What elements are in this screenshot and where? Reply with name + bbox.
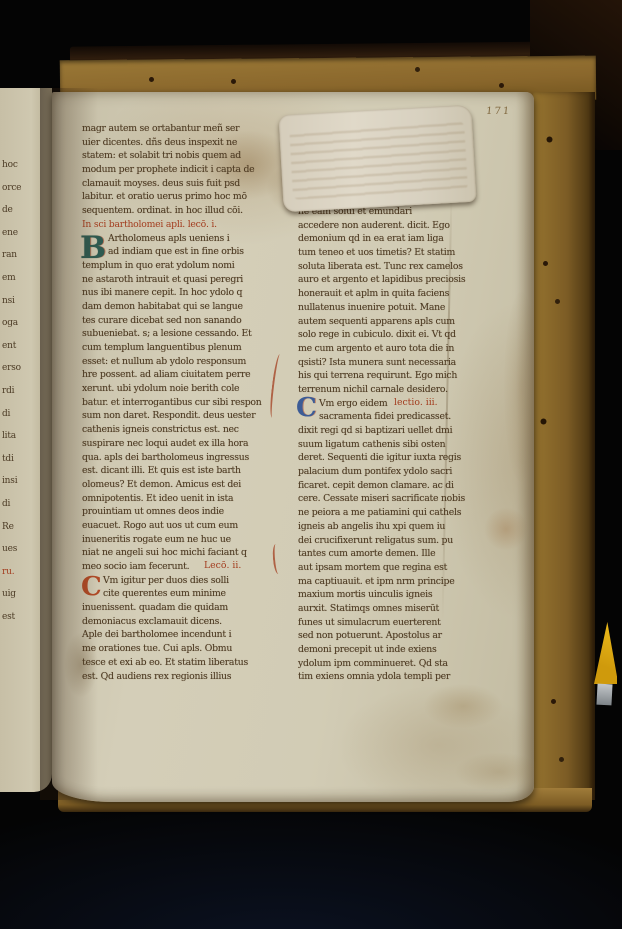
text-line: inueneritis rogate eum ne huc ue: [82, 533, 300, 547]
text-line: palacium dum pontifex ydolo sacri: [298, 465, 516, 479]
text-line: hre possent. ad aliam ciuitatem perre: [82, 368, 300, 382]
text-fragment: oga: [2, 312, 48, 335]
text-line: terrenum nichil carnale desidero.: [298, 383, 516, 397]
rubric-lectio-3: lectio. iii.: [394, 397, 438, 408]
text-line: sed non potuerunt. Apostolus ar: [298, 629, 516, 643]
text-fragment: de: [2, 199, 48, 222]
text-fragment: Re: [2, 516, 48, 539]
board-right-edge: [533, 92, 595, 800]
text-fragment: lita: [2, 425, 48, 448]
text-line: cite querentes eum minime: [82, 587, 300, 601]
initial-c-right: C: [296, 393, 317, 423]
text-line: cum templum languentibus plenum: [82, 341, 300, 355]
initial-c-left: C: [81, 572, 102, 602]
text-fragment: uig: [2, 583, 48, 606]
text-line: solo rege in cubiculo. dixit ei. Vt qd: [298, 328, 516, 342]
text-line: inuenissent. quadam die quidam: [82, 601, 300, 615]
right-column-lines: ne eam solui et emundariaccedere non aud…: [298, 205, 516, 684]
wormhole-marks: [0, 0, 3, 3]
text-fragment: ru.: [2, 561, 48, 584]
text-line: sacramenta fidei predicasset.: [298, 410, 516, 424]
text-line: autem sequenti apparens apls cum: [298, 315, 516, 329]
text-line: niat ne angeli sui hoc michi faciant q: [82, 546, 300, 560]
text-fragment: erso: [2, 357, 48, 380]
text-line: nus ibi manere cepit. In hoc ydolo q: [82, 286, 300, 300]
text-line: modum per prophete indicit i capta de: [82, 163, 300, 177]
text-line: tim exiens omnia ydola templi per: [298, 670, 516, 684]
text-line: Vm igitur per duos dies solli: [82, 574, 300, 588]
faded-slip-text: [289, 121, 468, 200]
text-line: aurxit. Statimqs omnes miserūt: [298, 602, 516, 616]
text-line: honerauit et aplm in quita faciens: [298, 287, 516, 301]
initial-b: B: [80, 230, 106, 266]
text-fragment: ent: [2, 335, 48, 358]
text-line: ne peiora a me patiamini qui cathels: [298, 506, 516, 520]
text-line: cathenis igneis constrictus est. nec: [82, 423, 300, 437]
folio-number: 171: [485, 106, 511, 117]
text-line: Aple dei bartholomee incendunt i: [82, 628, 300, 642]
text-line: dam demon habitabat qui se langue: [82, 300, 300, 314]
text-line: xerunt. ubi ydolum noie berith cole: [82, 382, 300, 396]
text-fragment: hoc: [2, 154, 48, 177]
text-line: dei crucifixerunt religatus sum. pu: [298, 534, 516, 548]
text-line: demonium qd in ea erat iam liga: [298, 232, 516, 246]
text-line: magr autem se ortabantur meñ ser: [82, 122, 300, 136]
left-text-column: magr autem se ortabantur meñ seruier dic…: [82, 122, 300, 683]
parchment-stain: [424, 684, 502, 728]
text-line: statem: et solabit tri nobis quem ad: [82, 149, 300, 163]
text-fragment: ene: [2, 222, 48, 245]
text-line: deret. Sequenti die igitur iuxta regis: [298, 451, 516, 465]
rubric-lectio-2: Lecō. ii.: [204, 560, 241, 571]
text-line: meo socio iam fecerunt.: [82, 560, 300, 574]
text-line: qua. apls dei bartholomeus ingressus: [82, 451, 300, 465]
left-page-edge: hocorcedeeneranemnsiogaentersordidilitat…: [0, 88, 52, 792]
photo-background: hocorcedeeneranemnsiogaentersordidilitat…: [0, 0, 622, 929]
text-line: tum teneo et uos timetis? Et statim: [298, 246, 516, 260]
text-line: igneis ab angelis ihu xpi quem iu: [298, 520, 516, 534]
text-line: his qui terrena requirunt. Ego mich: [298, 369, 516, 383]
text-line: accedere non auderent. dicit. Ego: [298, 219, 516, 233]
text-line: batur. et interrogantibus cur sibi respo…: [82, 396, 300, 410]
text-line: est. dicant illi. Et quis est iste barth: [82, 464, 300, 478]
text-line: me cum argento et auro tota die in: [298, 342, 516, 356]
left-column-lines: magr autem se ortabantur meñ seruier dic…: [82, 122, 300, 683]
text-line: suum ligatum cathenis sibi osten: [298, 438, 516, 452]
text-line: uier dicentes. dñs deus inspexit ne: [82, 136, 300, 150]
text-fragment: ran: [2, 244, 48, 267]
text-fragment: insi: [2, 470, 48, 493]
text-line: funes ut simulacrum euerterent: [298, 616, 516, 630]
text-fragment: rdi: [2, 380, 48, 403]
text-line: auro et argento et lapidibus preciosis: [298, 273, 516, 287]
text-line: suspirare nec loqui audet ex illa hora: [82, 437, 300, 451]
text-line: ma captiuauit. et ipm nrm principe: [298, 575, 516, 589]
text-line: tes curare dicebat sed non sanando: [82, 314, 300, 328]
text-fragment: tdi: [2, 448, 48, 471]
text-line: me orationes tue. Cui apls. Obmu: [82, 642, 300, 656]
left-page-text-fragments: hocorcedeeneranemnsiogaentersordidilitat…: [2, 154, 48, 628]
text-line: cere. Cessate miseri sacrificate nobis: [298, 492, 516, 506]
text-line: templum in quo erat ydolum nomi: [82, 259, 300, 273]
parchment-slip: [278, 105, 476, 213]
text-line: maxium mortis uinculis igneis: [298, 588, 516, 602]
text-line: dixit regi qd si baptizari uellet dmi: [298, 424, 516, 438]
text-line: sequentem. ordinat. in hoc illud cōi.: [82, 204, 300, 218]
right-text-column: ne eam solui et emundariaccedere non aud…: [298, 205, 516, 684]
text-line: Artholomeus apls ueniens i: [82, 232, 300, 246]
text-fragment: di: [2, 493, 48, 516]
text-line: aut ipsam mortem que regina est: [298, 561, 516, 575]
yellow-bookmark-tab: [594, 622, 617, 684]
text-line: tantes cum amorte demen. Ille: [298, 547, 516, 561]
text-line: prouintiam ut omnes deos indie: [82, 505, 300, 519]
text-line: euacuet. Rogo aut uos ut cum eum: [82, 519, 300, 533]
fore-edge-shading: [516, 92, 534, 802]
text-fragment: orce: [2, 177, 48, 200]
text-line: est. Qd audiens rex regionis illius: [82, 670, 300, 684]
text-line: omnipotentis. Et ideo uenit in ista: [82, 492, 300, 506]
text-line: ydolum ipm comminueret. Qd sta: [298, 657, 516, 671]
text-line: ad indiam que est in fine orbis: [82, 245, 300, 259]
text-line: clamauit moyses. deus suis fuit psd: [82, 177, 300, 191]
text-line: nullatenus inuenire potuit. Mane: [298, 301, 516, 315]
bookmark-clip: [596, 684, 612, 706]
text-line: ficaret. cepit demon clamare. ac di: [298, 479, 516, 493]
text-line: labitur. et oratio uerus primo hoc mō: [82, 190, 300, 204]
text-fragment: ues: [2, 538, 48, 561]
text-line: demoniacus exclamauit dicens.: [82, 615, 300, 629]
text-fragment: est: [2, 606, 48, 629]
text-line: soluta liberata est. Tunc rex camelos: [298, 260, 516, 274]
text-line: In sci bartholomei apli. lecō. i.: [82, 218, 300, 232]
text-line: qsisti? Ista munera sunt necessaria: [298, 356, 516, 370]
text-line: olomeus? Et demon. Amicus est dei: [82, 478, 300, 492]
text-fragment: di: [2, 403, 48, 426]
text-line: tesce et exi ab eo. Et statim liberatus: [82, 656, 300, 670]
text-line: demoni precepit ut inde exiens: [298, 643, 516, 657]
text-line: sum non daret. Respondit. deus uester: [82, 409, 300, 423]
text-fragment: nsi: [2, 290, 48, 313]
text-fragment: em: [2, 267, 48, 290]
text-line: ne astaroth intrauit et quasi peregri: [82, 273, 300, 287]
text-line: subueniebat. s; a lesione cessando. Et: [82, 327, 300, 341]
text-line: esset: et nullum ab ydolo responsum: [82, 355, 300, 369]
